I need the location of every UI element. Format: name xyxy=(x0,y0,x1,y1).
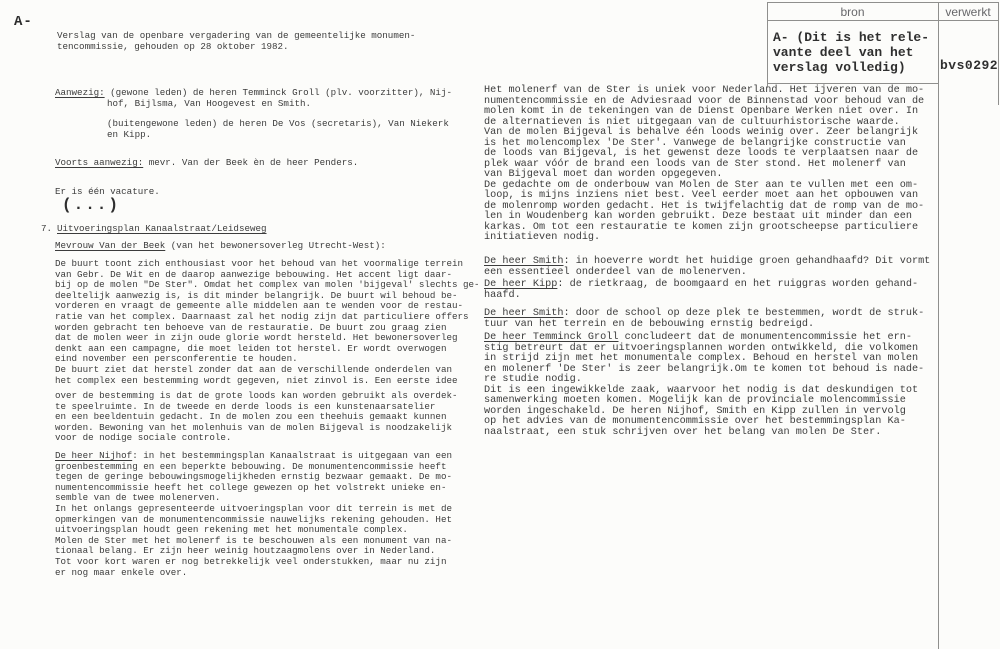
neighbourhood-paragraph-2: over de bestemming is dat de grote loods… xyxy=(55,391,457,444)
speaker-text: concludeert dat de monumentencommissie h… xyxy=(484,332,924,438)
agenda-item-heading: 7.Uitvoeringsplan Kanaalstraat/Leidseweg xyxy=(55,224,267,235)
speaker-name: De heer Smith xyxy=(484,256,563,267)
form-column-bron-label: bron xyxy=(767,5,938,19)
also-present-names: mevr. Van der Beek èn de heer Penders. xyxy=(143,157,358,168)
form-right-rule xyxy=(998,2,999,105)
archive-code: bvs0292 xyxy=(940,58,998,73)
minutes-title: Verslag van de openbare vergadering van … xyxy=(57,31,415,52)
form-note-bottom-rule xyxy=(767,83,938,84)
smith-statement-1: De heer Smith: in hoeverre wordt het hui… xyxy=(484,257,930,278)
smith-statement-2: De heer Smith: door de school op deze pl… xyxy=(484,309,924,330)
agenda-item-title: Uitvoeringsplan Kanaalstraat/Leidseweg xyxy=(57,223,267,234)
speaker-name: Mevrouw Van der Beek xyxy=(55,240,165,251)
attendees-regular: Aanwezig: (gewone leden) de heren Temmin… xyxy=(55,88,452,109)
speaker-name: De heer Temminck Groll xyxy=(484,332,619,343)
temminck-groll-conclusion: De heer Temminck Groll concludeert dat d… xyxy=(484,333,924,438)
speaker-text: : in het bestemmingsplan Kanaalstraat is… xyxy=(55,450,452,578)
attendees-names: (gewone leden) de heren Temminck Groll (… xyxy=(105,87,452,109)
neighbourhood-paragraph-1: De buurt toont zich enthousiast voor het… xyxy=(55,259,480,386)
margin-annotation: A- xyxy=(14,14,33,30)
form-header-rule xyxy=(767,20,999,21)
also-present-label: Voorts aanwezig: xyxy=(55,157,143,168)
scanned-minutes-page: bron verwerkt A- (Dit is het rele- vante… xyxy=(0,0,1000,649)
speaker-name: De heer Smith xyxy=(484,308,563,319)
form-middle-rule xyxy=(938,2,939,649)
speaker-name: De heer Kipp xyxy=(484,279,557,290)
agenda-item-number: 7. xyxy=(41,224,52,235)
also-present-line: Voorts aanwezig: mevr. Van der Beek èn d… xyxy=(55,158,358,169)
attendees-label: Aanwezig: xyxy=(55,87,105,98)
omission-mark: (...) xyxy=(62,196,120,214)
form-top-rule xyxy=(767,2,999,3)
speaker-name: De heer Nijhof xyxy=(55,450,132,461)
nijhof-statement: De heer Nijhof: in het bestemmingsplan K… xyxy=(55,451,452,578)
attendees-extraordinary: (buitengewone leden) de heren De Vos (se… xyxy=(107,119,449,140)
source-relevance-note: A- (Dit is het rele- vante deel van het … xyxy=(773,30,943,75)
kipp-statement: De heer Kipp: de rietkraag, de boomgaard… xyxy=(484,280,918,301)
molenerf-paragraph: Het molenerf van de Ster is uniek voor N… xyxy=(484,86,924,244)
speaker-role: (van het bewonersoverleg Utrecht-West): xyxy=(165,240,386,251)
form-column-verwerkt-label: verwerkt xyxy=(938,5,998,19)
speaker-intro-line: Mevrouw Van der Beek (van het bewonersov… xyxy=(55,241,386,252)
